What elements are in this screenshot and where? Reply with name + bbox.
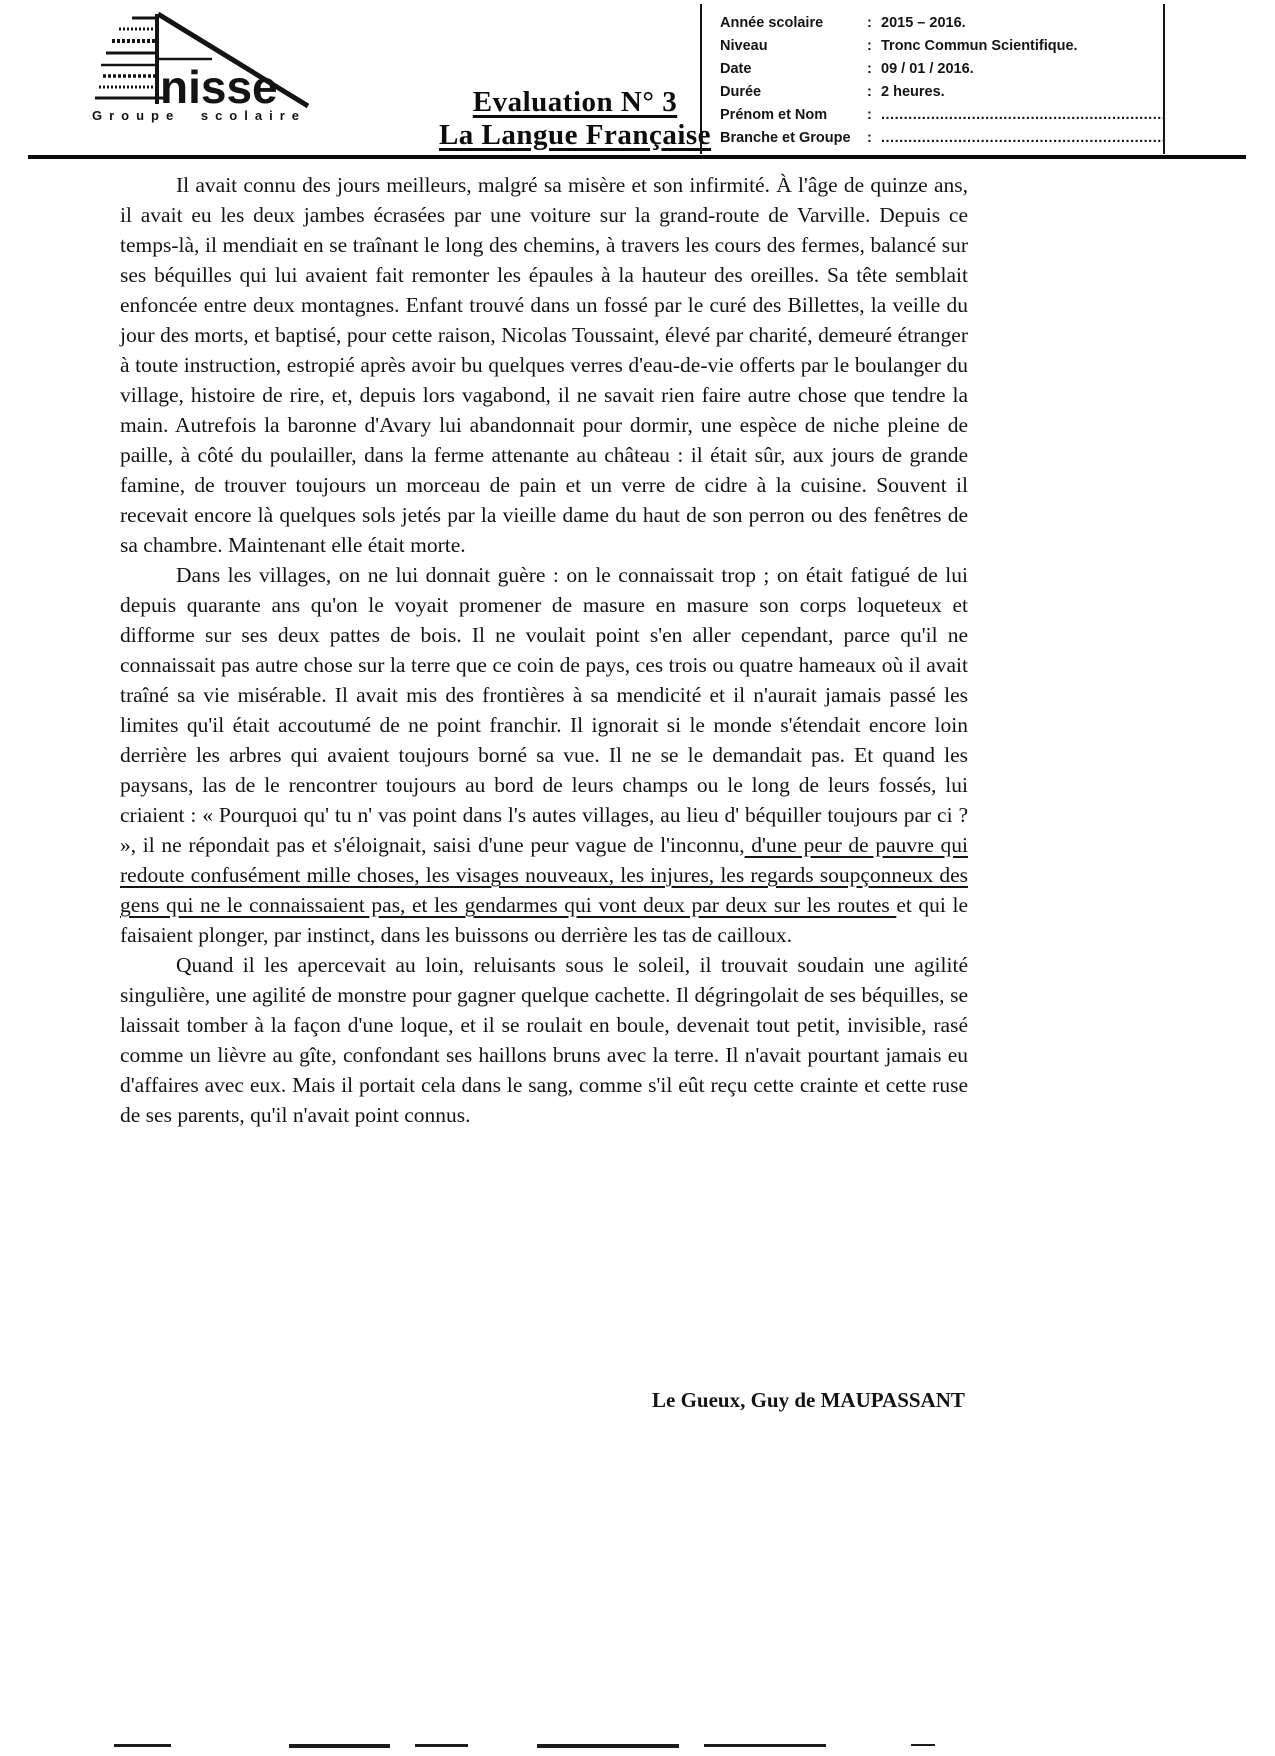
scan-artifact: [704, 1744, 826, 1747]
info-label: Année scolaire: [720, 12, 867, 35]
scan-artifact: [911, 1744, 935, 1746]
header-divider-rule: [28, 155, 1246, 159]
scan-artifact: [415, 1744, 468, 1747]
info-label: Branche et Groupe: [720, 127, 867, 150]
fill-in-line: ........................................…: [881, 104, 1163, 127]
info-colon: :: [867, 127, 881, 150]
info-value: 09 / 01 / 2016.: [881, 58, 974, 81]
paragraph-text: Quand il les apercevait au loin, reluisa…: [120, 953, 968, 1127]
info-row-prenom-nom: Prénom et Nom : ........................…: [720, 104, 1163, 127]
scanned-exam-page: nisse Groupe scolaire Evaluation N° 3 La…: [0, 0, 1275, 1756]
paragraph-text: Dans les villages, on ne lui donnait guè…: [120, 563, 968, 857]
info-label: Date: [720, 58, 867, 81]
paragraph-text: Il avait connu des jours meilleurs, malg…: [120, 173, 968, 557]
info-row-duree: Durée : 2 heures.: [720, 81, 1163, 104]
fill-in-line: ........................................…: [881, 127, 1163, 150]
info-colon: :: [867, 104, 881, 127]
info-colon: :: [867, 35, 881, 58]
info-value: 2015 – 2016.: [881, 12, 966, 35]
paragraph-2: Dans les villages, on ne lui donnait guè…: [120, 560, 968, 950]
info-row-date: Date : 09 / 01 / 2016.: [720, 58, 1163, 81]
scan-artifact: [537, 1744, 679, 1748]
school-logo: nisse Groupe scolaire: [46, 2, 326, 124]
exam-info-box: Année scolaire : 2015 – 2016. Niveau : T…: [700, 4, 1165, 154]
info-colon: :: [867, 81, 881, 104]
info-row-branche-groupe: Branche et Groupe : ....................…: [720, 127, 1163, 150]
info-colon: :: [867, 12, 881, 35]
info-value: Tronc Commun Scientifique.: [881, 35, 1078, 58]
info-row-niveau: Niveau : Tronc Commun Scientifique.: [720, 35, 1163, 58]
info-label: Niveau: [720, 35, 867, 58]
source-attribution: Le Gueux, Guy de MAUPASSANT: [652, 1388, 965, 1413]
reading-passage: Il avait connu des jours meilleurs, malg…: [120, 170, 968, 1130]
logo-subtitle: Groupe scolaire: [92, 108, 306, 123]
scan-artifact: [289, 1744, 390, 1748]
info-label: Prénom et Nom: [720, 104, 867, 127]
school-logo-graphic: nisse Groupe scolaire: [46, 2, 326, 124]
info-label: Durée: [720, 81, 867, 104]
info-colon: :: [867, 58, 881, 81]
info-row-annee: Année scolaire : 2015 – 2016.: [720, 12, 1163, 35]
paragraph-3: Quand il les apercevait au loin, reluisa…: [120, 950, 968, 1130]
paragraph-1: Il avait connu des jours meilleurs, malg…: [120, 170, 968, 560]
logo-wordmark: nisse: [160, 61, 278, 113]
info-value: 2 heures.: [881, 81, 945, 104]
scan-artifact: [114, 1744, 171, 1747]
